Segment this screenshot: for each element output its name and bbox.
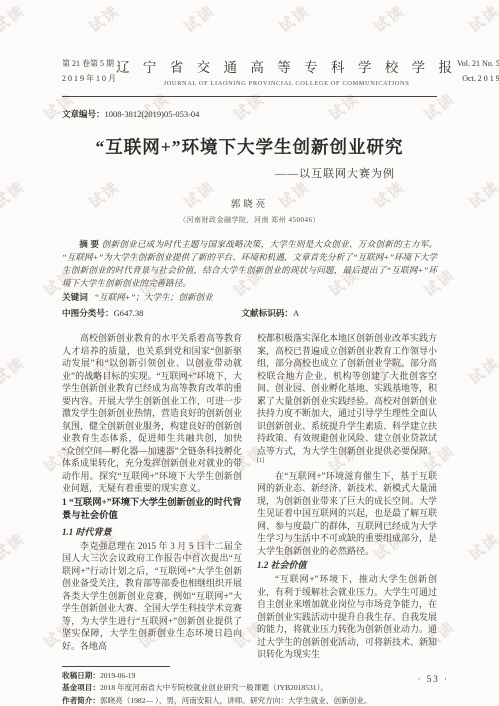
watermark-text: 试读 bbox=[0, 352, 29, 389]
footnote-divider bbox=[62, 666, 170, 667]
keywords-label: 关键词 bbox=[62, 292, 88, 302]
subsection-heading-1-2: 1.2 社会价值 bbox=[257, 558, 437, 572]
clc-value: G647.38 bbox=[114, 308, 144, 318]
article-number-label: 文章编号： bbox=[62, 109, 105, 119]
abstract-text: 创新创业已成为时代主题与国家战略决策，大学生则是大众创业、万众创新的主力军。“互… bbox=[62, 239, 437, 288]
classification-line: 中图分类号：G647.38 文献标识码：A bbox=[62, 307, 437, 319]
bio-label: 作者简介： bbox=[62, 696, 100, 705]
issue-info: 第 21 卷第 5 期 2 0 1 9 年 1 0 月 bbox=[62, 56, 116, 86]
subsection-heading-1-1: 1.1 时代背景 bbox=[62, 525, 242, 539]
abstract-block: 摘 要 创新创业已成为时代主题与国家战略决策，大学生则是大众创业、万众创新的主力… bbox=[62, 238, 437, 290]
clc-pair: 中图分类号：G647.38 bbox=[62, 307, 143, 319]
issue-date-cn: 2 0 1 9 年 1 0 月 bbox=[62, 71, 116, 86]
received-label: 收稿日期： bbox=[62, 671, 100, 680]
watermark-text: 试读 bbox=[179, 0, 219, 37]
header-divider bbox=[62, 96, 437, 97]
watermark-text: 试读 bbox=[464, 176, 499, 213]
journal-page: 试读试读试读试读试读试读试读试读试读试读试读试读试读试读试读试读试读试读试读试读… bbox=[0, 0, 499, 706]
fund-label: 基金项目： bbox=[62, 683, 100, 692]
footnote-fund: 基金项目：2018 年度河南省大中专院校就业创业研究一般课题（JYB201853… bbox=[62, 682, 437, 695]
watermark-text: 试读 bbox=[369, 0, 409, 37]
page-content: 第 21 卷第 5 期 2 0 1 9 年 1 0 月 辽 宁 省 交 通 高 … bbox=[62, 56, 437, 706]
article-number-value: 1008-3812(2019)05-053-04 bbox=[105, 109, 200, 119]
footnote-block: 收稿日期：2019-06-19 基金项目：2018 年度河南省大中专院校就业创业… bbox=[62, 666, 437, 706]
doc-code-value: A bbox=[293, 308, 299, 318]
doc-code-pair: 文献标识码：A bbox=[241, 307, 299, 319]
page-number: · 53 · bbox=[418, 674, 450, 684]
body-paragraph: 高校创新创业教育的水平关系着高等教育人才培养的质量，也关系到党和国家“创新驱动发… bbox=[62, 332, 242, 495]
author-affiliation: （河南财政金融学院，河南 郑州 450046） bbox=[62, 215, 437, 225]
footnote-received: 收稿日期：2019-06-19 bbox=[62, 670, 437, 683]
watermark-text: 试读 bbox=[464, 352, 499, 389]
watermark-text: 试读 bbox=[0, 176, 29, 213]
watermark-text: 试读 bbox=[464, 0, 499, 37]
article-title: “互联网+”环境下大学生创新创业研究 bbox=[62, 134, 437, 159]
journal-header: 第 21 卷第 5 期 2 0 1 9 年 1 0 月 辽 宁 省 交 通 高 … bbox=[62, 56, 437, 87]
body-columns: 高校创新创业教育的水平关系着高等教育人才培养的质量，也关系到党和国家“创新驱动发… bbox=[62, 332, 437, 661]
section-heading-1: 1 “互联网+”环境下大学生创新创业的时代背景与社会价值 bbox=[62, 497, 242, 524]
bio-value: 郭晓亮（1982— ），男，河南安阳人，讲师。研究方向：大学生就业、创新创业。 bbox=[100, 696, 371, 705]
issue-volume-cn: 第 21 卷第 5 期 bbox=[62, 56, 116, 71]
fund-value: 2018 年度河南省大中专院校就业创业研究一般课题（JYB2018531）。 bbox=[100, 683, 328, 692]
watermark-text: 试读 bbox=[464, 528, 499, 565]
doc-code-label: 文献标识码： bbox=[241, 308, 293, 318]
journal-title-en: JOURNAL OF LIAONING PROVINCIAL COLLEGE O… bbox=[116, 80, 457, 87]
received-value: 2019-06-19 bbox=[100, 671, 135, 680]
abstract-label: 摘 要 bbox=[79, 239, 99, 249]
clc-label: 中图分类号： bbox=[62, 308, 114, 318]
watermark-text: 试读 bbox=[274, 0, 314, 37]
article-subtitle: ——以互联网大赛为例 bbox=[62, 165, 437, 181]
watermark-text: 试读 bbox=[84, 0, 124, 37]
date-en: Oct. 2 0 1 9 bbox=[457, 71, 499, 86]
keywords-text: “互联网+”；大学生；创新创业 bbox=[94, 292, 212, 302]
journal-title-block: 辽 宁 省 交 通 高 等 专 科 学 校 学 报 JOURNAL OF LIA… bbox=[116, 56, 457, 87]
author-name: 郭晓亮 bbox=[62, 196, 437, 210]
footnote-bio: 作者简介：郭晓亮（1982— ），男，河南安阳人，讲师。研究方向：大学生就业、创… bbox=[62, 695, 437, 706]
watermark-text: 试读 bbox=[0, 0, 29, 37]
body-paragraph-text: 校都积极落实深化本地区创新创业改革实践方案，高校已普遍成立创新创业教育工作领导小… bbox=[257, 333, 437, 456]
body-paragraph: 在“互联网+”环境滋育催生下，基于互联网的新业态、新经济、新技术、新模式大量涌现… bbox=[257, 470, 437, 558]
body-paragraph: “互联网+”环境下，推动大学生创新创业，有利于缓解社会就业压力。大学生可通过自主… bbox=[257, 573, 437, 661]
right-column: 校都积极落实深化本地区创新创业改革实践方案，高校已普遍成立创新创业教育工作领导小… bbox=[257, 332, 437, 661]
volume-info: Vol. 21 No. 5 Oct. 2 0 1 9 bbox=[457, 56, 499, 86]
volume-en: Vol. 21 No. 5 bbox=[457, 56, 499, 71]
citation-ref: [1] bbox=[257, 458, 264, 464]
journal-title-cn: 辽 宁 省 交 通 高 等 专 科 学 校 学 报 bbox=[116, 56, 457, 76]
keywords-line: 关键词 “互联网+”；大学生；创新创业 bbox=[62, 291, 437, 303]
watermark-text: 试读 bbox=[0, 528, 29, 565]
article-number-line: 文章编号：1008-3812(2019)05-053-04 bbox=[62, 108, 437, 120]
abstract-paragraph: 摘 要 创新创业已成为时代主题与国家战略决策，大学生则是大众创业、万众创新的主力… bbox=[62, 238, 437, 290]
body-paragraph: 校都积极落实深化本地区创新创业改革实践方案，高校已普遍成立创新创业教育工作领导小… bbox=[257, 332, 437, 470]
left-column: 高校创新创业教育的水平关系着高等教育人才培养的质量，也关系到党和国家“创新驱动发… bbox=[62, 332, 242, 661]
body-paragraph: 李克强总理在 2015 年 3 月 5 日十二届全国人大三次会议政府工作报告中首… bbox=[62, 540, 242, 653]
